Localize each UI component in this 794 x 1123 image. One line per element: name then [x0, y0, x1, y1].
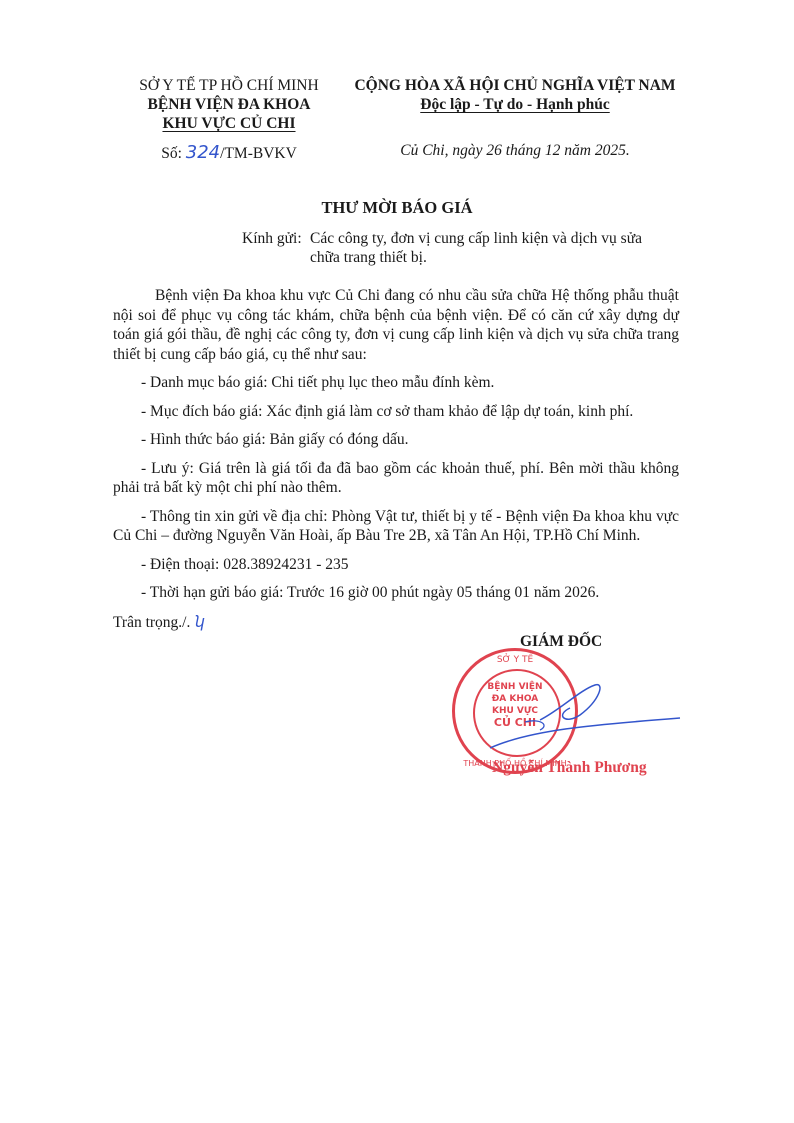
- recipient-text: Các công ty, đơn vị cung cấp linh kiện v…: [310, 229, 672, 267]
- intro-paragraph: Bệnh viện Đa khoa khu vực Củ Chi đang có…: [113, 286, 679, 364]
- document-title: THƯ MỜI BÁO GIÁ: [0, 198, 794, 218]
- hospital-area: KHU VỰC CỦ CHI: [162, 115, 295, 132]
- stamp-top-text: SỞ Y TẾ: [455, 655, 575, 665]
- recipient: Kính gửi: Các công ty, đơn vị cung cấp l…: [242, 229, 672, 267]
- national-header: CỘNG HÒA XÃ HỘI CHỦ NGHĨA VIỆT NAM Độc l…: [350, 76, 680, 114]
- initial-signature-icon: ʮ: [194, 612, 203, 631]
- issuing-authority: SỞ Y TẾ TP HỒ CHÍ MINH BỆNH VIỆN ĐA KHOA…: [112, 76, 346, 133]
- hospital-name: BỆNH VIỆN ĐA KHOA: [112, 95, 346, 114]
- closing-text: Trân trọng./.: [113, 614, 190, 631]
- list-item: - Thời hạn gửi báo giá: Trước 16 giờ 00 …: [113, 583, 679, 603]
- handwritten-number: 324: [186, 142, 220, 163]
- recipient-label: Kính gửi:: [242, 229, 310, 267]
- document-date: Củ Chi, ngày 26 tháng 12 năm 2025.: [350, 142, 680, 160]
- list-item: - Danh mục báo giá: Chi tiết phụ lục the…: [113, 373, 679, 393]
- handwritten-signature-icon: [470, 670, 690, 760]
- number-suffix: /TM-BVKV: [220, 145, 297, 162]
- signer-position: GIÁM ĐỐC: [520, 633, 620, 651]
- list-item: - Điện thoại: 028.38924231 - 235: [113, 555, 679, 575]
- list-item: - Hình thức báo giá: Bản giấy có đóng dấ…: [113, 430, 679, 450]
- document-number: Số: 324/TM-BVKV: [112, 142, 346, 163]
- country-name: CỘNG HÒA XÃ HỘI CHỦ NGHĨA VIỆT NAM: [350, 76, 680, 95]
- number-label: Số:: [161, 145, 186, 162]
- letter-body: Bệnh viện Đa khoa khu vực Củ Chi đang có…: [113, 286, 679, 641]
- closing-line: Trân trọng./.ʮ: [113, 612, 679, 633]
- list-item: - Mục đích báo giá: Xác định giá làm cơ …: [113, 402, 679, 422]
- signer-name: Nguyễn Thành Phương: [492, 759, 652, 777]
- national-motto: Độc lập - Tự do - Hạnh phúc: [420, 96, 609, 113]
- authority-line: SỞ Y TẾ TP HỒ CHÍ MINH: [112, 76, 346, 95]
- list-item: - Thông tin xin gửi về địa chỉ: Phòng Vậ…: [113, 507, 679, 546]
- list-item: - Lưu ý: Giá trên là giá tối đa đã bao g…: [113, 459, 679, 498]
